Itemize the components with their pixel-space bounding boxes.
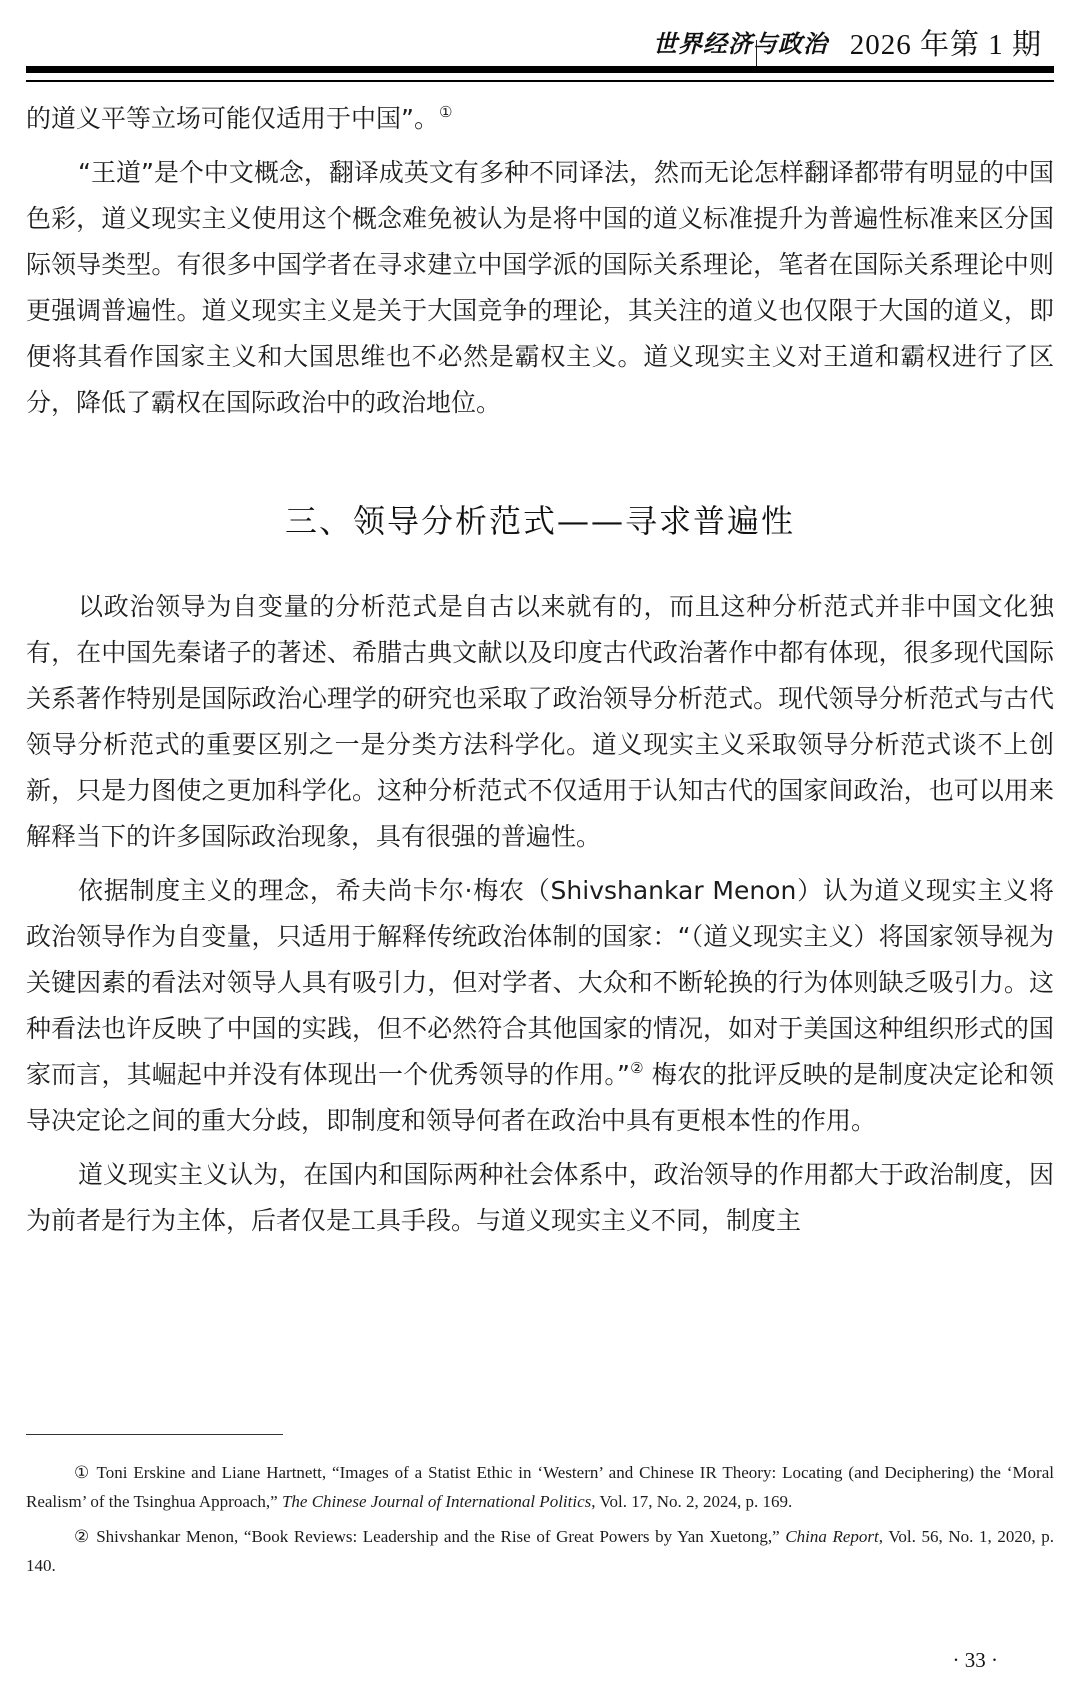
journal-name: The Chinese Journal of International Pol…: [282, 1492, 591, 1511]
header-rule-thick: [26, 66, 1054, 73]
paragraph: 依据制度主义的理念，希夫尚卡尔·梅农（Shivshankar Menon）认为道…: [26, 868, 1054, 1144]
footnote-ref-2[interactable]: ②: [630, 1059, 644, 1077]
footnote-2: ② Shivshankar Menon, “Book Reviews: Lead…: [26, 1522, 1054, 1580]
issue-label: 2026 年第 1 期: [850, 22, 1042, 63]
section-heading: 三、领导分析范式——寻求普遍性: [26, 496, 1054, 542]
page-number: · 33 ·: [953, 1648, 999, 1673]
footnote-1: ① Toni Erskine and Liane Hartnett, “Imag…: [26, 1458, 1054, 1516]
body-text-top: 的道义平等立场可能仅适用于中国”。① “王道”是个中文概念，翻译成英文有多种不同…: [26, 96, 1054, 426]
paragraph-continuation: 的道义平等立场可能仅适用于中国”。①: [26, 96, 1054, 142]
journal-title: 世界经济与政治: [653, 24, 828, 59]
paragraph: 道义现实主义认为，在国内和国际两种社会体系中，政治领导的作用都大于政治制度，因为…: [26, 1152, 1054, 1244]
running-header: 世界经济与政治 2026 年第 1 期: [26, 18, 1054, 58]
paragraph: 以政治领导为自变量的分析范式是自古以来就有的，而且这种分析范式并非中国文化独有，…: [26, 584, 1054, 860]
section-body: 以政治领导为自变量的分析范式是自古以来就有的，而且这种分析范式并非中国文化独有，…: [26, 584, 1054, 1244]
journal-name: China Report: [785, 1527, 878, 1546]
footnote-marker: ①: [74, 1463, 91, 1482]
header-tick-mark: [756, 40, 757, 68]
footnote-ref-1[interactable]: ①: [439, 103, 452, 121]
paragraph: “王道”是个中文概念，翻译成英文有多种不同译法，然而无论怎样翻译都带有明显的中国…: [26, 150, 1054, 426]
footnote-marker: ②: [74, 1527, 91, 1546]
footnotes: ① Toni Erskine and Liane Hartnett, “Imag…: [26, 1458, 1054, 1586]
header-rule-thin: [26, 80, 1054, 82]
footnote-separator: [26, 1434, 283, 1435]
